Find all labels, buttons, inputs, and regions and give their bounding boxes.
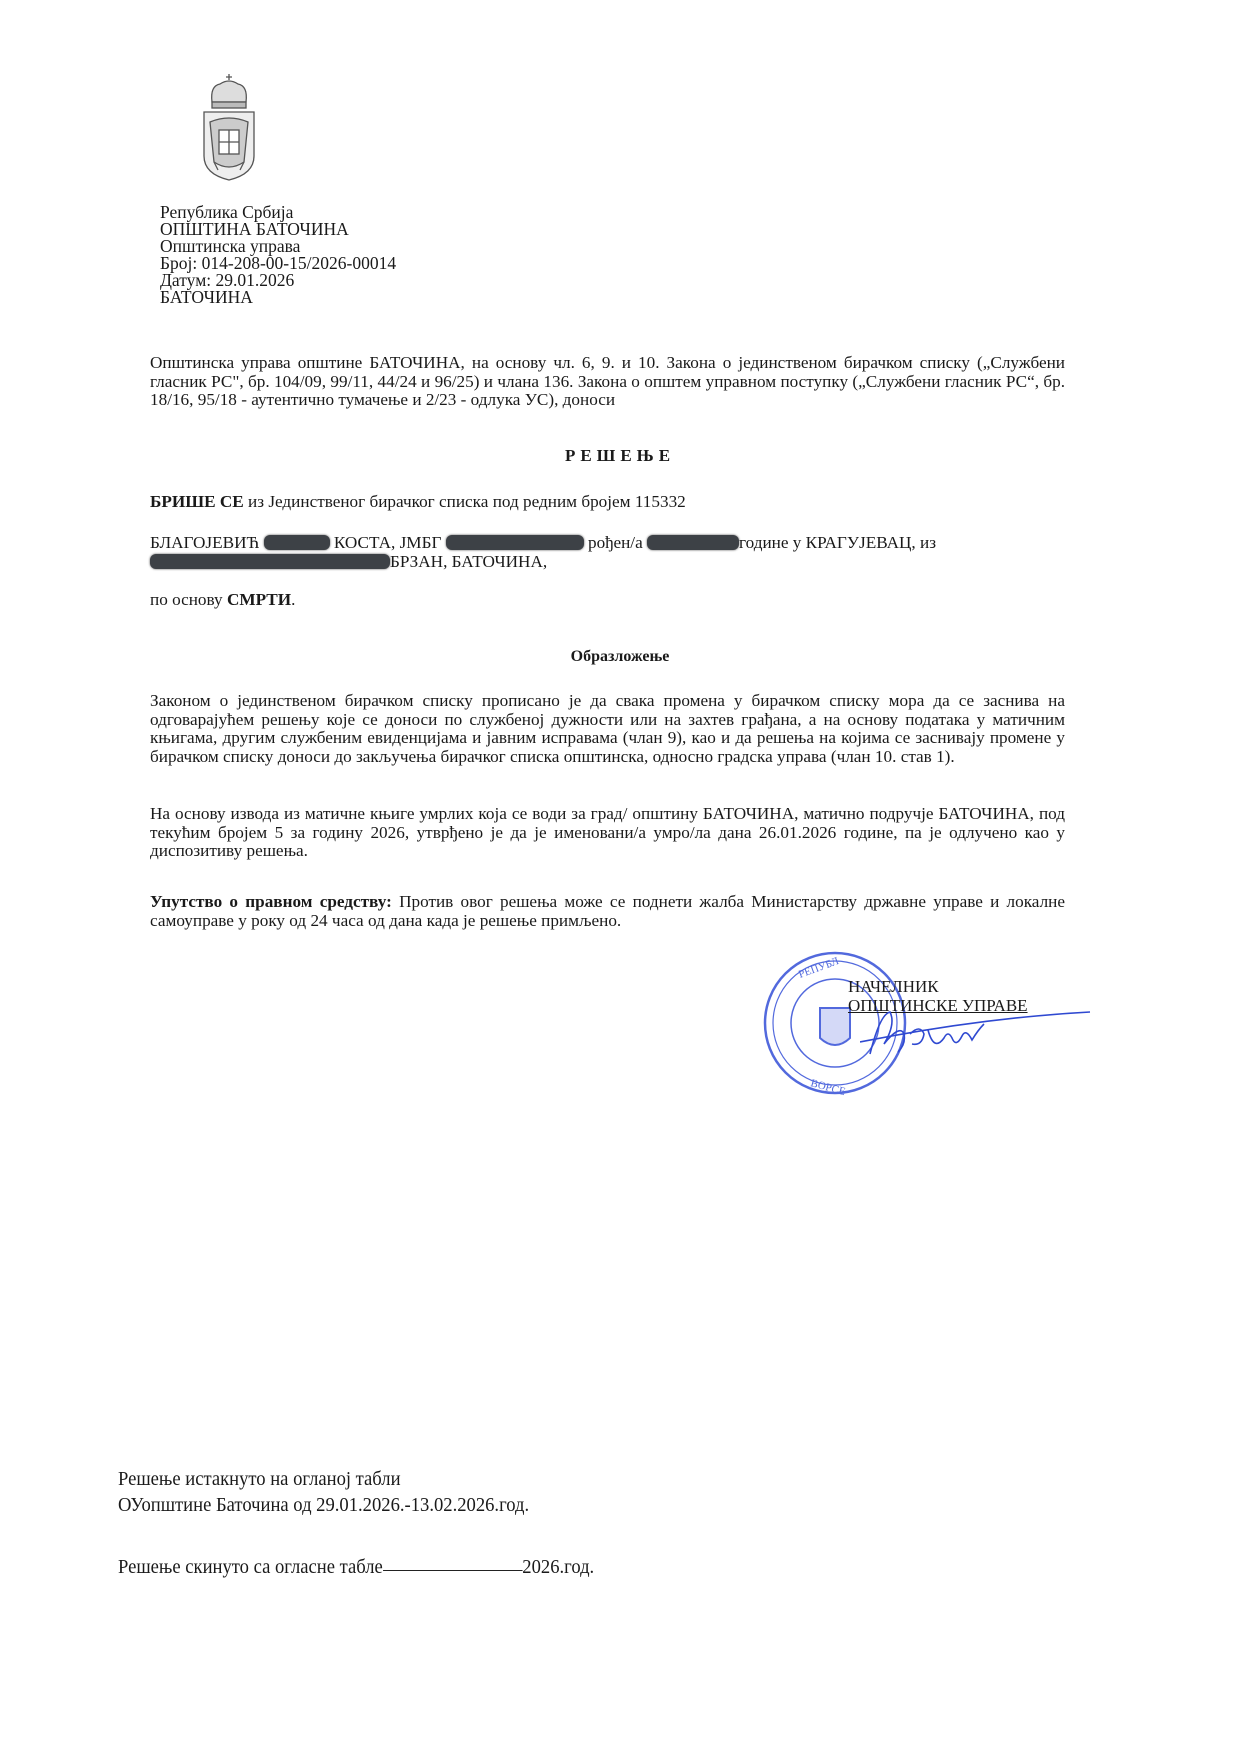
legal-remedy-label: Упутство о правном средству: — [150, 892, 392, 911]
redacted-birth-date — [647, 535, 739, 550]
basis-bold: СМРТИ — [227, 590, 291, 609]
serbia-coat-of-arms-icon — [200, 72, 258, 182]
decision-lead-rest: из Јединственог бирачког списка под редн… — [244, 492, 686, 511]
person-name-jmbg-label: КОСТА, ЈМБГ — [334, 533, 442, 552]
decision-basis: по основу СМРТИ. — [150, 591, 1065, 610]
redacted-jmbg — [446, 535, 584, 550]
reasoning-title: Образложење — [0, 648, 1240, 666]
posting-note: Решење истакнуто на огланој табли ОУопшт… — [118, 1466, 529, 1518]
legal-remedy: Упутство о правном средству: Против овог… — [150, 893, 1065, 930]
removal-date-blank — [383, 1570, 523, 1571]
preamble: Општинска управа општине БАТОЧИНА, на ос… — [150, 354, 1065, 410]
decision-lead: БРИШЕ СЕ из Јединственог бирачког списка… — [150, 493, 1065, 512]
birthplace-text: године у КРАГУЈЕВАЦ, из — [739, 533, 936, 552]
posting-note-line2: ОУопштине Баточина од 29.01.2026.-13.02.… — [118, 1492, 529, 1518]
basis-prefix: по основу — [150, 590, 227, 609]
handwritten-signature-icon — [860, 1004, 1100, 1064]
posting-note-line1: Решење истакнуто на огланој табли — [118, 1466, 529, 1492]
removal-note: Решење скинуто са огласне табле2026.год. — [118, 1554, 594, 1580]
document-header: Република Србија ОПШТИНА БАТОЧИНА Општин… — [160, 204, 396, 306]
reasoning-paragraph-1: Законом о јединственом бирачком списку п… — [150, 692, 1065, 766]
basis-suffix: . — [291, 590, 295, 609]
signatory-title-line1: НАЧЕЛНИК — [848, 977, 1028, 996]
person-surname: БЛАГОЈЕВИЋ — [150, 533, 259, 552]
reasoning-paragraph-2: На основу извода из матичне књиге умрлих… — [150, 805, 1065, 861]
redacted-address — [150, 554, 390, 569]
born-label: рођен/а — [588, 533, 643, 552]
decision-person: БЛАГОЈЕВИЋ КОСТА, ЈМБГ рођен/а године у … — [150, 534, 1065, 571]
header-place: БАТОЧИНА — [160, 289, 396, 306]
removal-note-prefix: Решење скинуто са огласне табле — [118, 1556, 383, 1578]
decision-title: РЕШЕЊЕ — [0, 446, 1240, 466]
removal-note-suffix: 2026.год. — [522, 1556, 594, 1578]
svg-text:ВОРСЕ: ВОРСЕ — [809, 1077, 847, 1098]
redacted-parent-name — [264, 535, 330, 550]
decision-lead-bold: БРИШЕ СЕ — [150, 492, 244, 511]
address-rest: БРЗАН, БАТОЧИНА, — [390, 552, 547, 571]
svg-text:РЕПУБЛ: РЕПУБЛ — [797, 955, 841, 981]
